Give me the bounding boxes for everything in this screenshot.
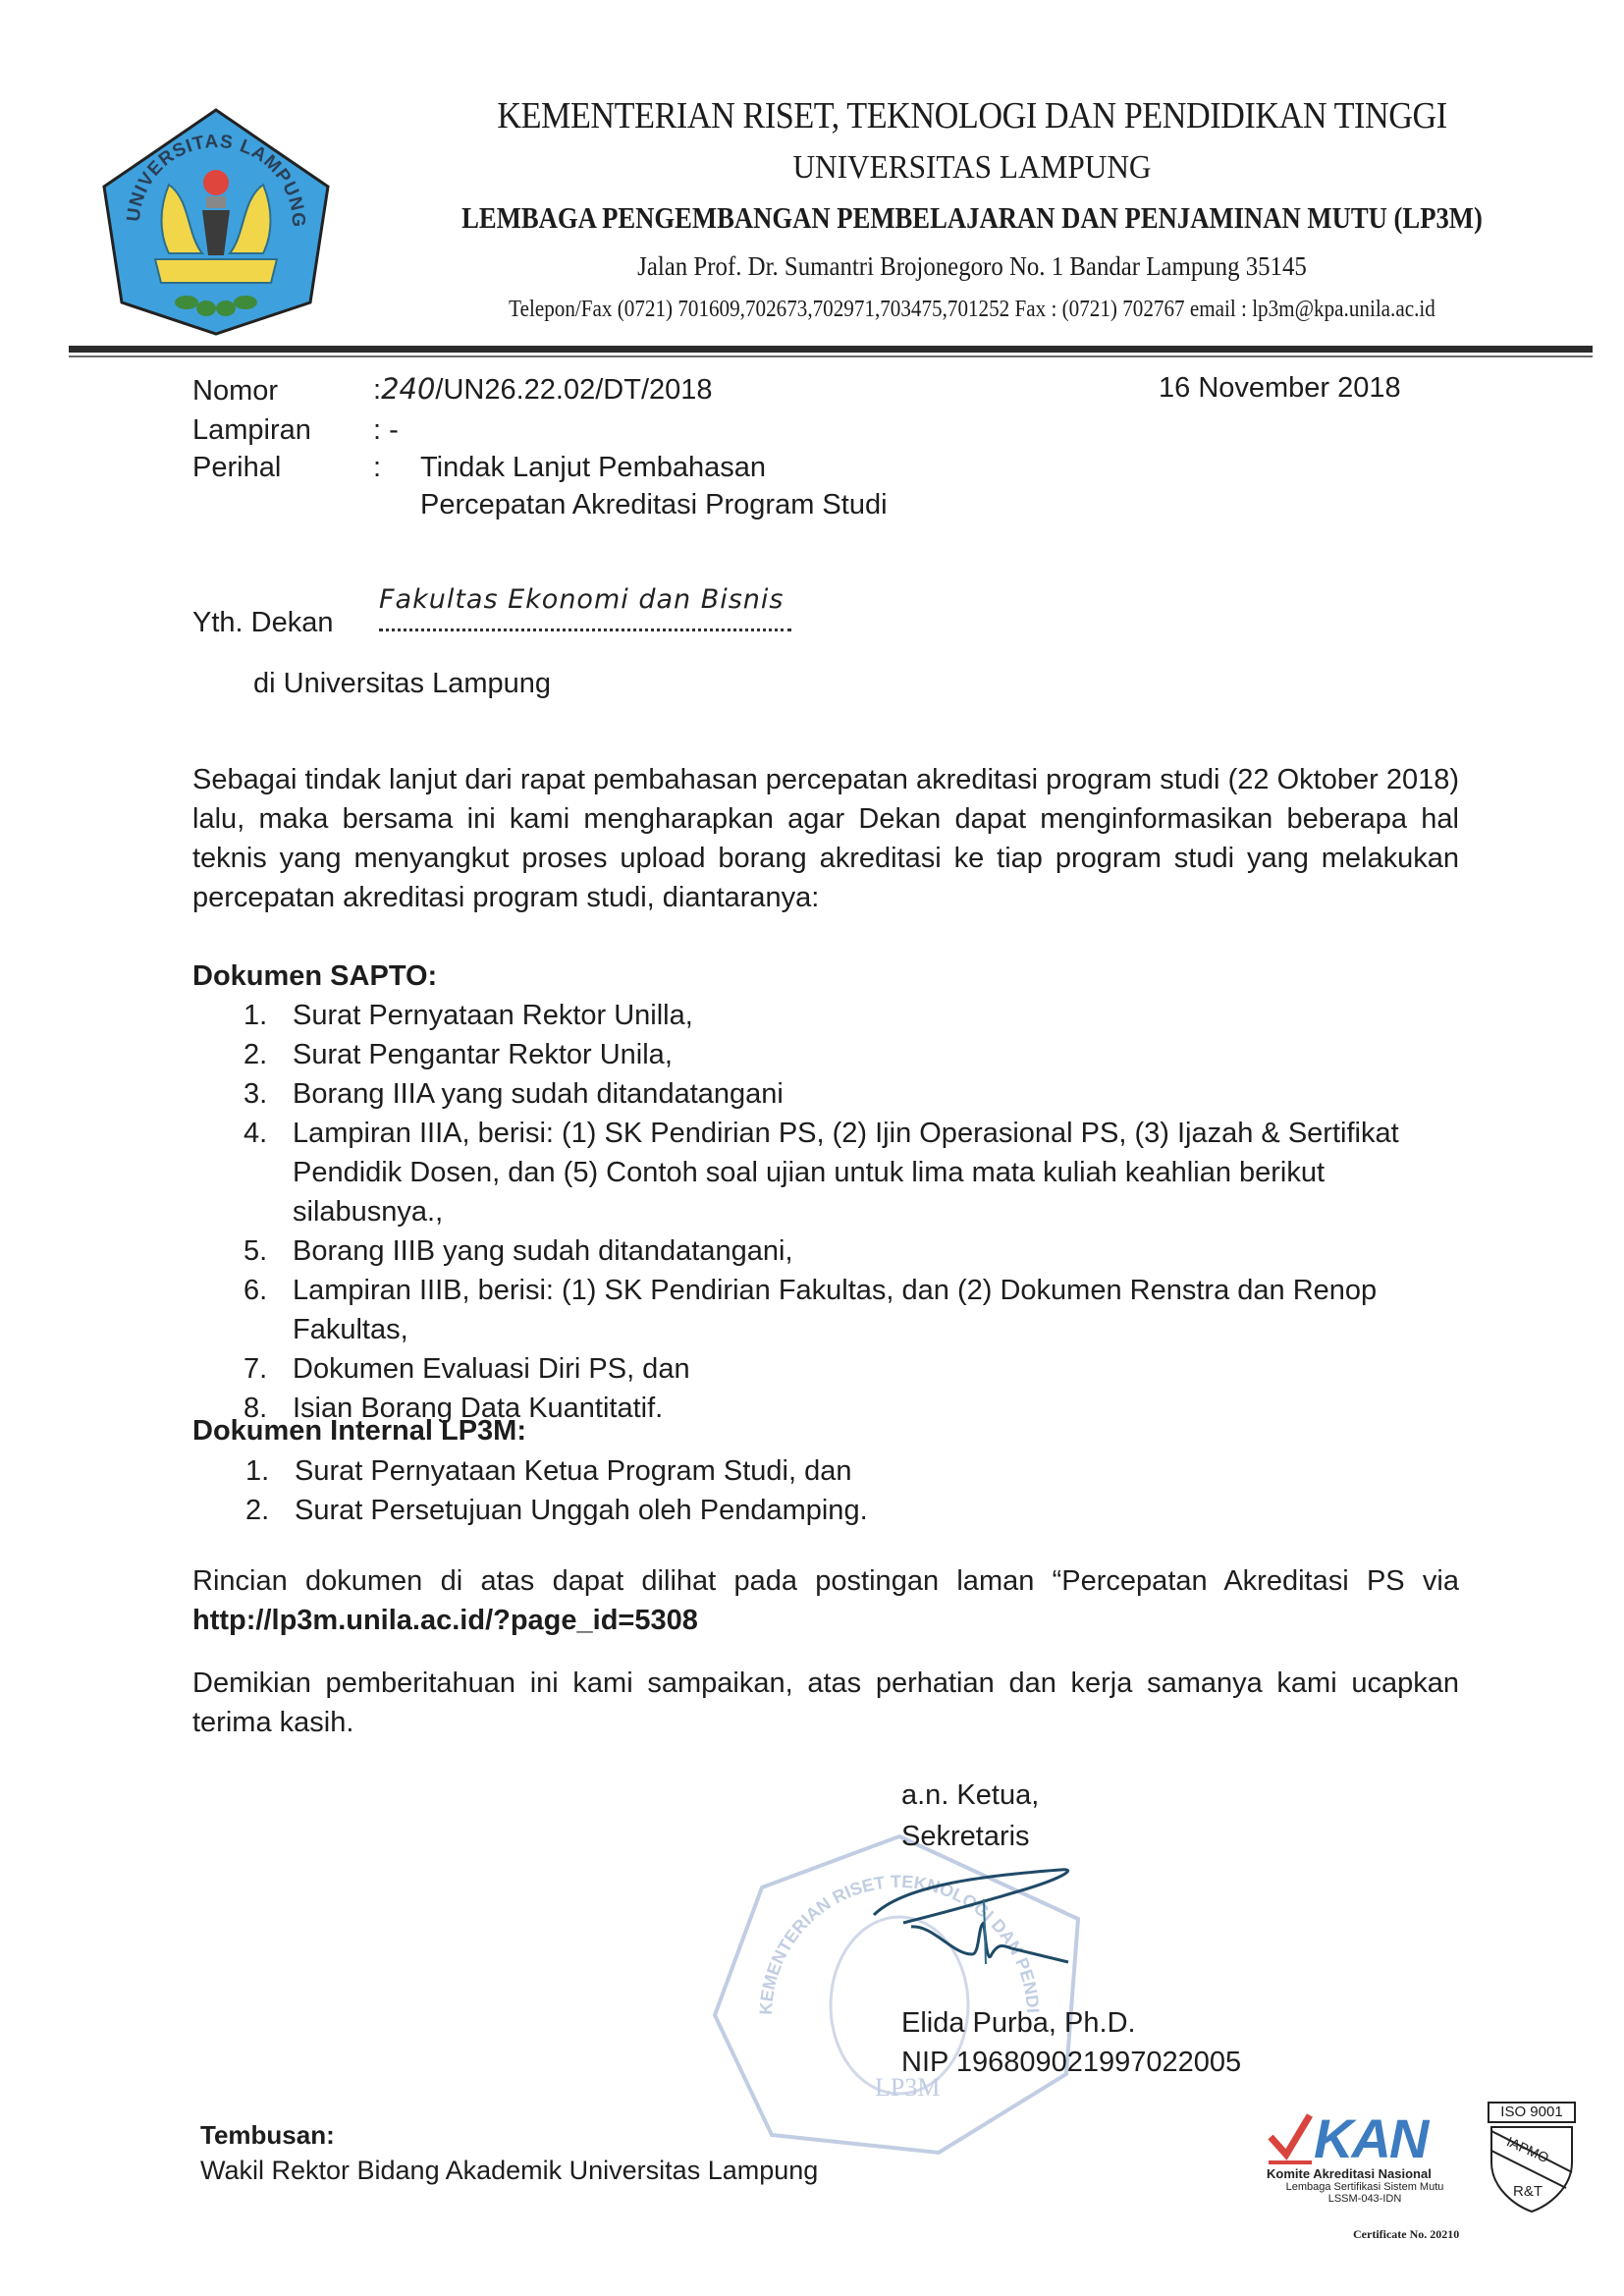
university-logo-icon: UNIVERSITAS LAMPUNG <box>100 106 332 338</box>
signatory-nip: NIP 196809021997022005 <box>901 2043 1241 2082</box>
kan-logo-text: KAN <box>1314 2107 1427 2169</box>
handwritten-signature-icon <box>864 1866 1119 1994</box>
list-item-text: Lampiran IIIA, berisi: (1) SK Pendirian … <box>293 1118 1399 1228</box>
list-item-text: Borang IIIA yang sudah ditandatangani <box>293 1078 784 1110</box>
lampiran-value: : - <box>373 410 399 450</box>
institute-contact: Telepon/Fax (0721) 701609,702673,702971,… <box>445 297 1499 323</box>
iso-label: ISO 9001 <box>1488 2102 1576 2123</box>
list-item-number: 1. <box>244 996 267 1035</box>
ministry-name: KEMENTERIAN RISET, TEKNOLOGI DAN PENDIDI… <box>433 94 1511 137</box>
list-item-number: 2. <box>245 1491 269 1530</box>
lampiran-label: Lampiran <box>192 410 369 450</box>
list-item: 5.Borang IIIB yang sudah ditandatangani, <box>244 1231 1461 1271</box>
signature-role-2: Sekretaris <box>901 1817 1030 1856</box>
institute-address: Jalan Prof. Dr. Sumantri Brojonegoro No.… <box>421 251 1523 282</box>
perihal-label: Perihal <box>192 448 369 487</box>
list-item-number: 7. <box>244 1349 267 1389</box>
list-item: 2.Surat Pengantar Rektor Unila, <box>244 1035 1461 1074</box>
check-mark-icon <box>1267 2111 1314 2166</box>
list-item: 7.Dokumen Evaluasi Diri PS, dan <box>244 1349 1461 1389</box>
list-item-text: Dokumen Evaluasi Diri PS, dan <box>293 1353 690 1385</box>
letterhead-divider-thin <box>69 355 1593 357</box>
nomor-label: Nomor <box>192 371 369 410</box>
list-item: 4.Lampiran IIIA, berisi: (1) SK Pendiria… <box>244 1114 1461 1231</box>
details-link[interactable]: http://lp3m.unila.ac.id/?page_id=5308 <box>192 1605 698 1636</box>
closing-paragraph: Demikian pemberitahuan ini kami sampaika… <box>192 1664 1459 1742</box>
recipient-name-field: Fakultas Ekonomi dan Bisnis <box>379 585 791 631</box>
kan-accreditation-badge: KAN Komite Akreditasi Nasional Lembaga S… <box>1267 2111 1483 2205</box>
recipient-location: di Universitas Lampung <box>253 664 551 703</box>
sapto-list: 1.Surat Pernyataan Rektor Unilla,2.Surat… <box>244 996 1461 1428</box>
list-item: 1.Surat Pernyataan Rektor Unilla, <box>244 996 1461 1035</box>
list-item-text: Lampiran IIIB, berisi: (1) SK Pendirian … <box>293 1275 1377 1345</box>
list-item-text: Surat Pengantar Rektor Unila, <box>293 1039 673 1070</box>
perihal-colon: : <box>373 448 381 487</box>
list-item: 2.Surat Persetujuan Unggah oleh Pendampi… <box>245 1491 1463 1530</box>
kan-code: LSSM-043-IDN <box>1267 2193 1463 2205</box>
list-item-number: 3. <box>244 1074 267 1114</box>
institute-name: LEMBAGA PENGEMBANGAN PEMBELAJARAN DAN PE… <box>457 200 1487 236</box>
recipient-prefix: Yth. Dekan <box>192 603 333 642</box>
iapmo-shield-icon: IAPMO R&T <box>1488 2123 1576 2214</box>
university-name: UNIVERSITAS LAMPUNG <box>421 149 1523 187</box>
list-item-text: Borang IIIB yang sudah ditandatangani, <box>293 1235 793 1267</box>
list-item-number: 4. <box>244 1114 267 1153</box>
list-item-text: Surat Persetujuan Unggah oleh Pendamping… <box>295 1495 868 1526</box>
cc-title: Tembusan: <box>200 2115 335 2155</box>
internal-title: Dokumen Internal LP3M: <box>192 1411 526 1450</box>
kan-sub: Lembaga Sertifikasi Sistem Mutu <box>1267 2181 1463 2193</box>
iso-iapmo-badge: ISO 9001 IAPMO R&T <box>1488 2102 1576 2218</box>
sapto-title: Dokumen SAPTO: <box>192 957 437 996</box>
cc-recipient: Wakil Rektor Bidang Akademik Universitas… <box>200 2151 818 2190</box>
list-item-number: 1. <box>245 1451 269 1491</box>
list-item: 1.Surat Pernyataan Ketua Program Studi, … <box>245 1451 1463 1491</box>
list-item: 3.Borang IIIA yang sudah ditandatangani <box>244 1074 1461 1114</box>
nomor-handwritten: 240 <box>381 372 435 406</box>
list-item-text: Surat Pernyataan Ketua Program Studi, da… <box>295 1455 851 1487</box>
internal-list: 1.Surat Pernyataan Ketua Program Studi, … <box>245 1451 1463 1530</box>
list-item-number: 5. <box>244 1231 267 1271</box>
perihal-line-2: Percepatan Akreditasi Program Studi <box>420 485 888 524</box>
recipient-handwritten: Fakultas Ekonomi dan Bisnis <box>379 584 785 615</box>
letter-date: 16 November 2018 <box>1159 368 1401 408</box>
kan-name: Komite Akreditasi Nasional <box>1267 2166 1483 2181</box>
details-paragraph: Rincian dokumen di atas dapat dilihat pa… <box>192 1561 1459 1640</box>
list-item-text: Surat Pernyataan Rektor Unilla, <box>293 1000 693 1031</box>
letterhead-divider <box>69 346 1593 353</box>
signature-role-1: a.n. Ketua, <box>901 1776 1039 1815</box>
list-item-number: 6. <box>244 1271 267 1310</box>
list-item-number: 2. <box>244 1035 267 1074</box>
list-item: 6.Lampiran IIIB, berisi: (1) SK Pendiria… <box>244 1271 1461 1349</box>
svg-text:R&T: R&T <box>1513 2183 1543 2200</box>
intro-paragraph: Sebagai tindak lanjut dari rapat pembaha… <box>192 760 1459 917</box>
perihal-line-1: Tindak Lanjut Pembahasan <box>420 448 766 487</box>
signatory-name: Elida Purba, Ph.D. <box>901 2003 1136 2043</box>
nomor-value: :240/UN26.22.02/DT/2018 <box>373 369 713 410</box>
certificate-number: Certificate No. 20210 <box>1353 2227 1459 2242</box>
